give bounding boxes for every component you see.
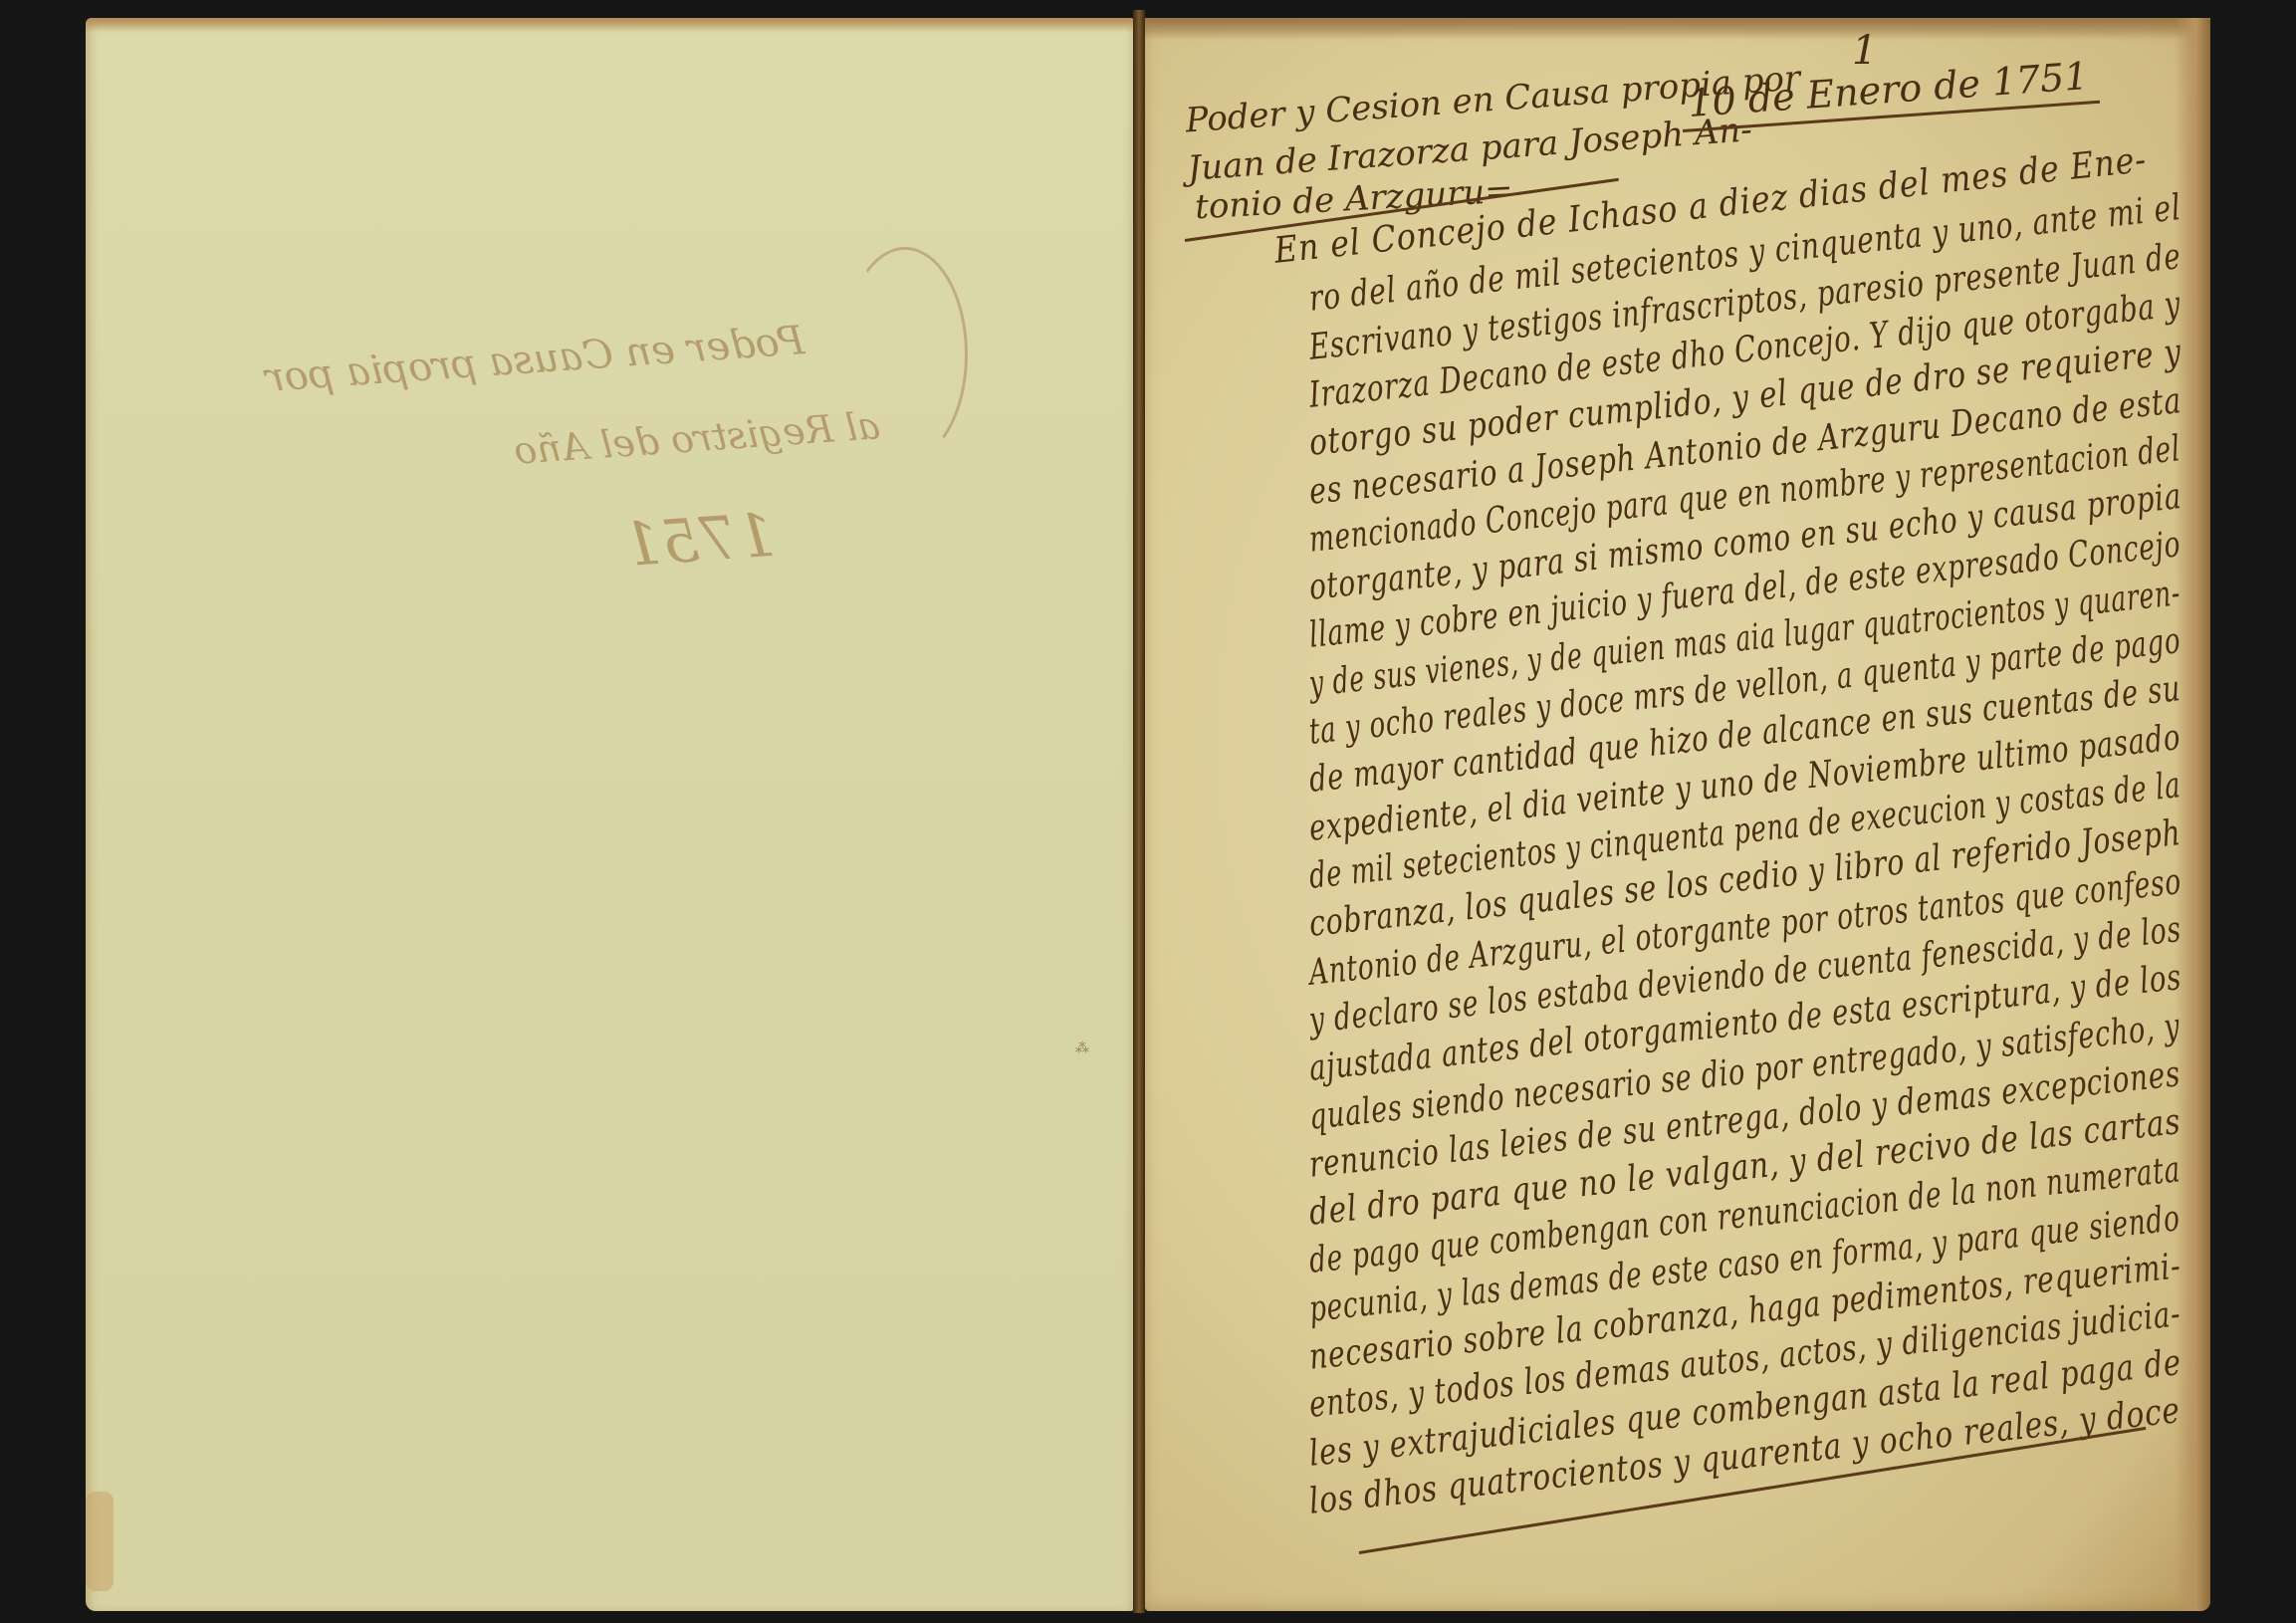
right-page: Poder y Cesion en Causa propia por Juan … [1145,18,2210,1611]
left-page: Poder en Causa propia por al Registro de… [86,18,1133,1611]
gutter-ink-mark: ⁂ [1075,1041,1111,1068]
manuscript-spread: Poder en Causa propia por al Registro de… [0,0,2296,1623]
book-gutter [1133,10,1145,1613]
bleed-through-line: Poder en Causa propia por [264,318,805,401]
left-page-torn-top-edge [86,18,1133,32]
water-stain [86,1492,114,1591]
right-page-top-edge [1145,18,2210,40]
bleed-through-year: 1751 [621,501,778,580]
bleed-through-line: al Registro del Año [513,403,881,473]
folio-number: 1 [1852,28,1877,74]
